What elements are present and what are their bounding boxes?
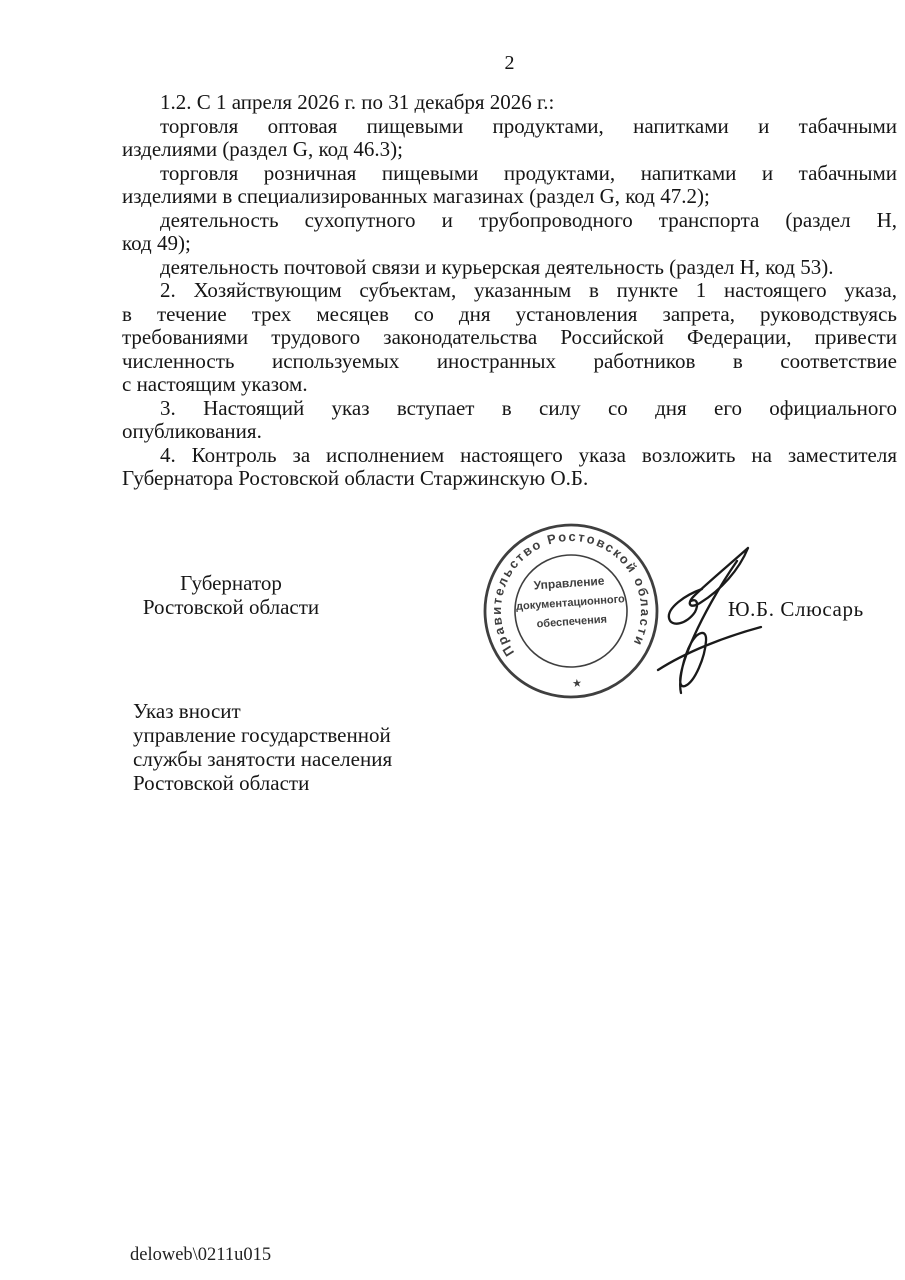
submitter-line1: Указ вносит — [133, 699, 392, 723]
paragraph-line: деятельность сухопутного и трубопроводно… — [122, 209, 897, 233]
signature-stroke — [680, 561, 737, 693]
page-number: 2 — [122, 52, 897, 75]
paragraph-line: изделиями в специализированных магазинах… — [122, 185, 897, 209]
signer-name: Ю.Б. Слюсарь — [728, 597, 864, 621]
document-body: 1.2. С 1 апреля 2026 г. по 31 декабря 20… — [122, 91, 897, 491]
footer-file-code: deloweb\0211u015 — [130, 1245, 271, 1266]
paragraph-line: с настоящим указом. — [122, 373, 897, 397]
paragraph-line: деятельность почтовой связи и курьерская… — [122, 256, 897, 280]
paragraph-line: опубликования. — [122, 420, 897, 444]
stamp-center-line3: обеспечения — [536, 614, 607, 631]
paragraph-line: 4. Контроль за исполнением настоящего ук… — [122, 444, 897, 468]
paragraph-line: изделиями (раздел G, код 46.3); — [122, 138, 897, 162]
paragraph-line: код 49); — [122, 232, 897, 256]
stamp-ring-text: Правительство Ростовской области — [483, 523, 656, 660]
document-page: 2 1.2. С 1 апреля 2026 г. по 31 декабря … — [0, 0, 905, 1280]
paragraph-line: в течение трех месяцев со дня установлен… — [122, 303, 897, 327]
signer-title-line2: Ростовской области — [139, 596, 323, 620]
handwritten-signature — [648, 540, 766, 710]
official-round-stamp: Правительство Ростовской области Управле… — [481, 521, 661, 701]
submitter-line3: службы занятости населения — [133, 747, 392, 771]
paragraph-line: 1.2. С 1 апреля 2026 г. по 31 декабря 20… — [122, 91, 897, 115]
svg-text:Правительство Ростовской облас: Правительство Ростовской области — [483, 523, 656, 660]
paragraph-line: 2. Хозяйствующим субъектам, указанным в … — [122, 279, 897, 303]
submitter-line4: Ростовской области — [133, 771, 392, 795]
stamp-outer-ring — [481, 521, 661, 701]
paragraph-line: торговля розничная пищевыми продуктами, … — [122, 162, 897, 186]
stamp-center-line1: Управление — [533, 574, 605, 593]
stamp-center-line2: документационного — [516, 593, 626, 613]
signer-title-line1: Губернатор — [139, 572, 323, 596]
stamp-star-icon: ★ — [572, 676, 583, 690]
paragraph-line: 3. Настоящий указ вступает в силу со дня… — [122, 397, 897, 421]
signature-stroke — [658, 627, 761, 670]
paragraph-line: требованиями трудового законодательства … — [122, 326, 897, 350]
paragraph-line: численность используемых иностранных раб… — [122, 350, 897, 374]
submitter-note: Указ вносит управление государственной с… — [133, 699, 392, 795]
submitter-line2: управление государственной — [133, 723, 392, 747]
paragraph-line: торговля оптовая пищевыми продуктами, на… — [122, 115, 897, 139]
paragraph-line: Губернатора Ростовской области Старжинск… — [122, 467, 897, 491]
signer-title: Губернатор Ростовской области — [139, 572, 323, 619]
